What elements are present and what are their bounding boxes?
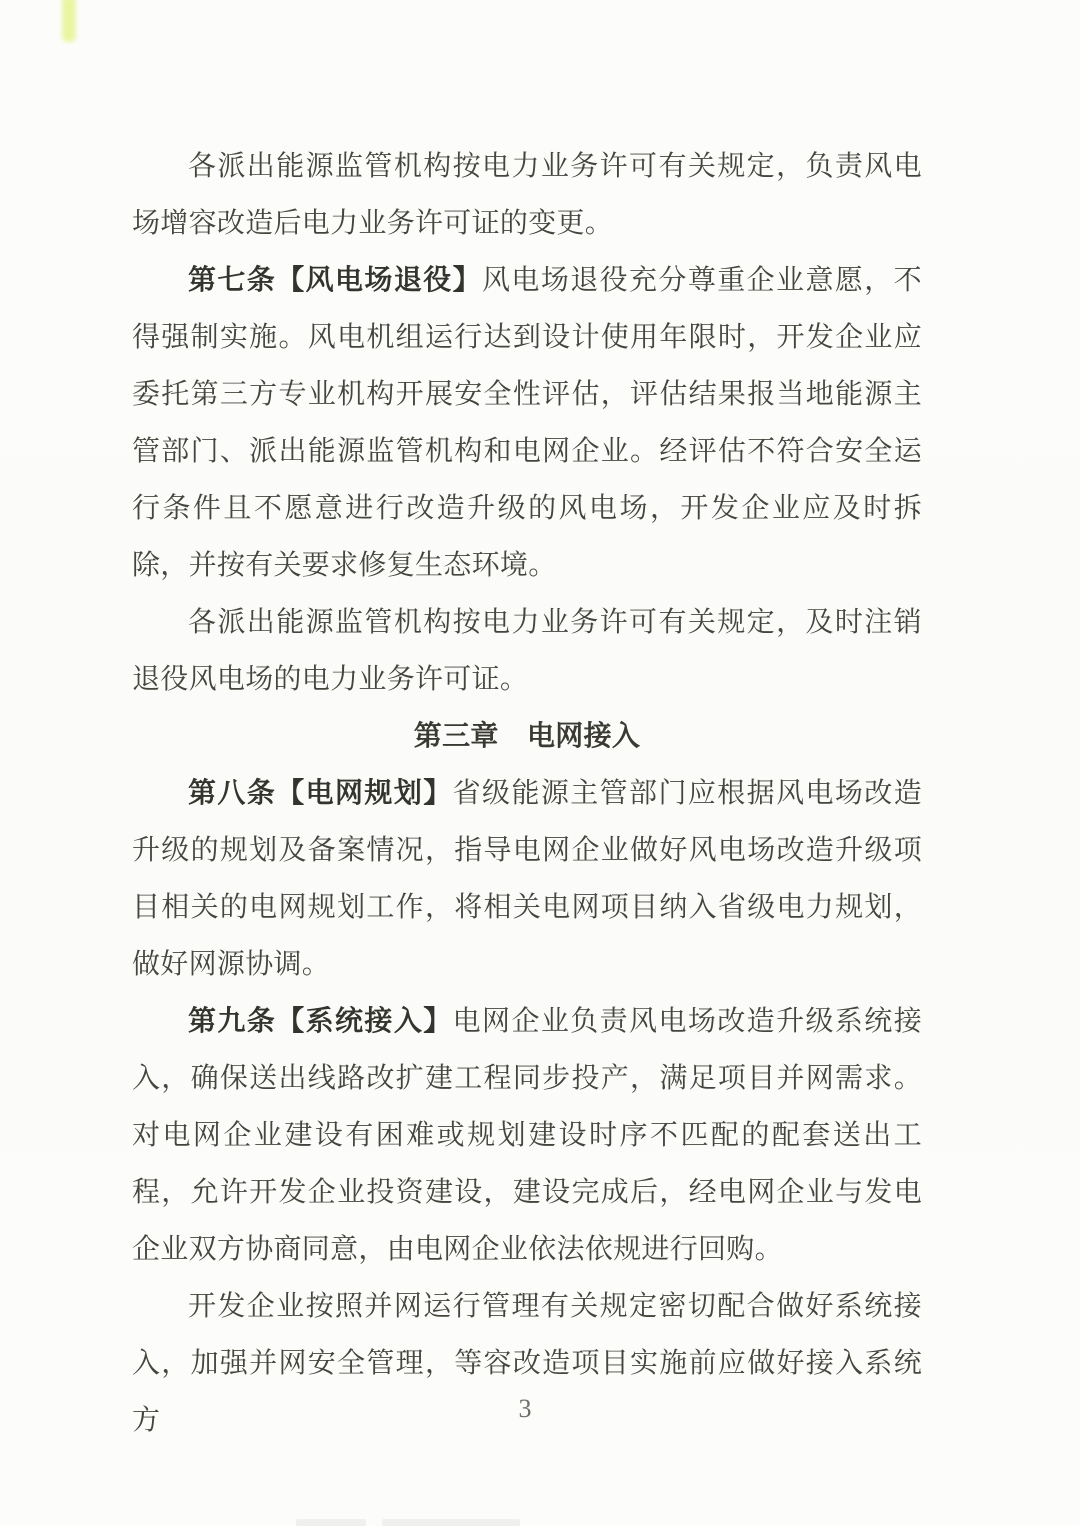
paragraph: 第八条【电网规划】省级能源主管部门应根据风电场改造升级的规划及备案情况，指导电网… <box>132 765 922 993</box>
scan-bleed-artifact <box>382 1519 520 1526</box>
document-page: 各派出能源监管机构按电力业务许可有关规定，负责风电场增容改造后电力业务许可证的变… <box>0 0 1080 1526</box>
paragraph: 第七条【风电场退役】风电场退役充分尊重企业意愿，不得强制实施。风电机组运行达到设… <box>132 252 922 594</box>
paragraph: 各派出能源监管机构按电力业务许可有关规定，及时注销退役风电场的电力业务许可证。 <box>132 594 922 708</box>
scan-highlight-artifact <box>62 0 76 42</box>
scan-bleed-artifact <box>296 1519 366 1526</box>
paragraph: 第九条【系统接入】电网企业负责风电场改造升级系统接入，确保送出线路改扩建工程同步… <box>132 993 922 1278</box>
article-label: 第九条【系统接入】 <box>188 1006 453 1037</box>
paragraph: 各派出能源监管机构按电力业务许可有关规定，负责风电场增容改造后电力业务许可证的变… <box>132 138 922 252</box>
page-number: 3 <box>0 1394 1050 1424</box>
chapter-heading: 第三章 电网接入 <box>132 708 922 765</box>
article-label: 第八条【电网规划】 <box>188 778 453 809</box>
document-body: 各派出能源监管机构按电力业务许可有关规定，负责风电场增容改造后电力业务许可证的变… <box>132 138 922 1449</box>
article-label: 第七条【风电场退役】 <box>188 265 482 296</box>
